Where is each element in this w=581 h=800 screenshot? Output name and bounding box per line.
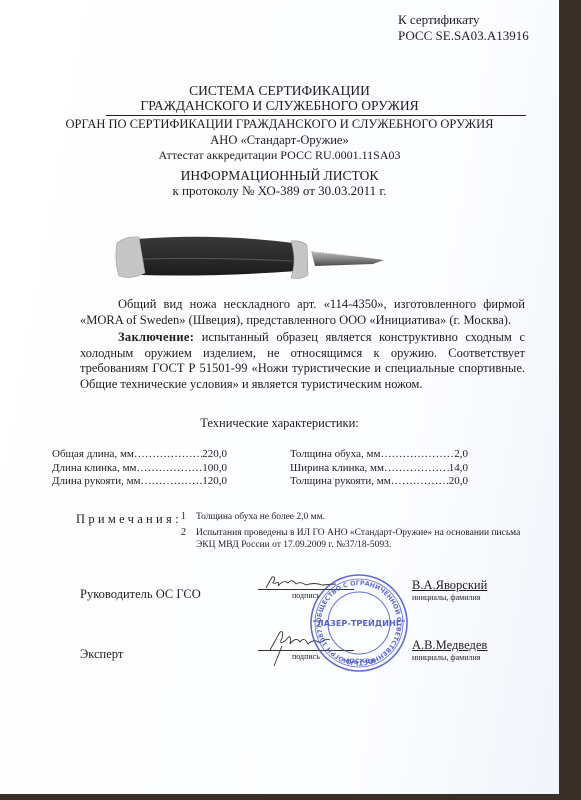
stamp-city: МОСКВА bbox=[343, 657, 375, 665]
product-description: Общий вид ножа нескладного арт. «114-435… bbox=[80, 297, 525, 328]
note-text: Испытания проведены в ИЛ ГО АНО «Стандар… bbox=[196, 528, 536, 551]
spec-label: Общая длина, мм bbox=[52, 448, 134, 462]
signer-name: А.В.Медведев bbox=[412, 638, 487, 653]
protocol-reference: к протоколу № ХО-389 от 30.03.2011 г. bbox=[0, 183, 559, 199]
spec-label: Толщина обуха, мм bbox=[290, 448, 380, 462]
spec-row: Общая длина, мм……………………………………………220,0 bbox=[52, 448, 227, 462]
spec-value: 2,0 bbox=[454, 448, 468, 462]
conclusion-label: Заключение: bbox=[118, 330, 194, 344]
stamp-center-text: "ЛАЗЕР-ТРЕЙДИНГ" bbox=[313, 617, 406, 628]
system-title-line1: СИСТЕМА СЕРТИФИКАЦИИ bbox=[0, 83, 559, 99]
note-text: Толщина обуха не более 2,0 мм. bbox=[196, 512, 325, 524]
spec-value: 100,0 bbox=[202, 462, 227, 476]
spec-value: 220,0 bbox=[202, 448, 227, 462]
spec-value: 20,0 bbox=[449, 475, 468, 489]
spec-row: Толщина рукояти, мм……………………………………………20,0 bbox=[290, 475, 468, 489]
specs-left-column: Общая длина, мм……………………………………………220,0 Дл… bbox=[52, 448, 227, 489]
spec-value: 14,0 bbox=[449, 462, 468, 476]
specs-title: Технические характеристики: bbox=[0, 416, 559, 431]
certificate-ref-line1: К сертификату bbox=[398, 12, 529, 28]
signer-name: В.А.Яворский bbox=[412, 578, 487, 593]
name-caption: инициалы, фамилия bbox=[412, 653, 480, 662]
spec-label: Длина рукояти, мм bbox=[52, 475, 141, 489]
organization-name: АНО «Стандарт-Оружие» bbox=[0, 133, 559, 148]
spec-row: Длина рукояти, мм……………………………………………120,0 bbox=[52, 475, 227, 489]
conclusion-paragraph: Заключение: испытанный образец является … bbox=[80, 330, 525, 392]
spec-label: Ширина клинка, мм bbox=[290, 462, 384, 476]
organization-stamp: ОБЩЕСТВО С ОГРАНИЧЕННОЙ ОТВЕТСТВЕННОСТЬЮ… bbox=[309, 572, 409, 674]
name-caption: инициалы, фамилия bbox=[412, 593, 480, 602]
accreditation-attestat: Аттестат аккредитации РОСС RU.0001.11SA0… bbox=[0, 148, 559, 163]
spec-value: 120,0 bbox=[202, 475, 227, 489]
signer-role: Эксперт bbox=[80, 647, 123, 662]
spec-label: Длина клинка, мм bbox=[52, 462, 137, 476]
note-number: 1 bbox=[181, 511, 186, 522]
signer-role: Руководитель ОС ГСО bbox=[80, 587, 201, 602]
certificate-ref-number: РОСС SE.SA03.A13916 bbox=[398, 28, 529, 44]
certificate-reference: К сертификату РОСС SE.SA03.A13916 bbox=[398, 12, 529, 44]
knife-photo bbox=[115, 225, 385, 285]
spec-row: Длина клинка, мм……………………………………………100,0 bbox=[52, 462, 227, 476]
spec-row: Толщина обуха, мм……………………………………………2,0 bbox=[290, 448, 468, 462]
document-title: ИНФОРМАЦИОННЫЙ ЛИСТОК bbox=[0, 168, 559, 184]
spec-row: Ширина клинка, мм……………………………………………14,0 bbox=[290, 462, 468, 476]
document-page: К сертификату РОСС SE.SA03.A13916 СИСТЕМ… bbox=[0, 0, 559, 794]
note-number: 2 bbox=[181, 527, 186, 538]
header-divider bbox=[106, 115, 526, 116]
notes-label: Примечания: bbox=[76, 512, 182, 527]
spec-label: Толщина рукояти, мм bbox=[290, 475, 391, 489]
certification-organ: ОРГАН ПО СЕРТИФИКАЦИИ ГРАЖДАНСКОГО И СЛУ… bbox=[0, 117, 559, 132]
system-title-line2: ГРАЖДАНСКОГО И СЛУЖЕБНОГО ОРУЖИЯ bbox=[0, 98, 559, 114]
specs-right-column: Толщина обуха, мм……………………………………………2,0 Ши… bbox=[290, 448, 468, 489]
